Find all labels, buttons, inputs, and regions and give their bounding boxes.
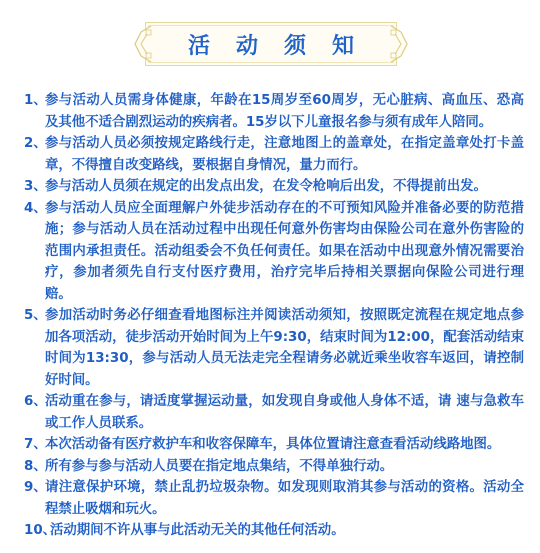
item-text: 参与活动人员应全面理解户外徒步活动存在的不可预知风险并准备必要的防范措施；参与活… xyxy=(45,198,524,306)
notice-page: 活动须知 1、 参与活动人员需身体健康，年龄在15周岁至60周岁，无心脏病、高血… xyxy=(0,0,540,553)
item-number: 3、 xyxy=(24,176,45,198)
item-number: 7、 xyxy=(24,434,45,456)
notice-item: 2、 参与活动人员必须按规定路线行走，注意地图上的盖章处，在指定盖章处打卡盖章，… xyxy=(24,133,524,176)
notice-item: 9、 请注意保护环境，禁止乱扔垃圾杂物。如发现则取消其参与活动的资格。活动全程禁… xyxy=(24,477,524,520)
item-number: 9、 xyxy=(24,477,45,520)
notice-item: 7、 本次活动备有医疗救护车和收容保障车，具体位置请注意查看活动线路地图。 xyxy=(24,434,524,456)
item-text: 参加活动时务必仔细查看地图标注并阅读活动须知，按照既定流程在规定地点参加各项活动… xyxy=(45,305,524,391)
item-text: 请注意保护环境，禁止乱扔垃圾杂物。如发现则取消其参与活动的资格。活动全程禁止吸烟… xyxy=(45,477,524,520)
item-text: 活动重在参与，请适度掌握运动量，如发现自身或他人身体不适，请 速与急救车或工作人… xyxy=(45,391,524,434)
item-text: 所有参与参与活动人员要在指定地点集结，不得单独行动。 xyxy=(45,456,524,478)
item-number: 1、 xyxy=(24,90,45,133)
title-banner: 活动须知 xyxy=(133,22,409,66)
notice-item: 5、 参加活动时务必仔细查看地图标注并阅读活动须知，按照既定流程在规定地点参加各… xyxy=(24,305,524,391)
notice-item: 6、 活动重在参与，请适度掌握运动量，如发现自身或他人身体不适，请 速与急救车或… xyxy=(24,391,524,434)
item-number: 5、 xyxy=(24,305,45,391)
item-number: 10、 xyxy=(24,520,50,542)
notice-item: 8、 所有参与参与活动人员要在指定地点集结，不得单独行动。 xyxy=(24,456,524,478)
item-number: 6、 xyxy=(24,391,45,434)
item-number: 8、 xyxy=(24,456,45,478)
item-text: 参与活动人员须在规定的出发点出发，在发令枪响后出发，不得提前出发。 xyxy=(45,176,524,198)
item-number: 4、 xyxy=(24,198,45,306)
page-title: 活动须知 xyxy=(133,22,409,66)
notice-item: 1、 参与活动人员需身体健康，年龄在15周岁至60周岁，无心脏病、高血压、恐高及… xyxy=(24,90,524,133)
item-text: 参与活动人员需身体健康，年龄在15周岁至60周岁，无心脏病、高血压、恐高及其他不… xyxy=(45,90,524,133)
item-text: 参与活动人员必须按规定路线行走，注意地图上的盖章处，在指定盖章处打卡盖章，不得擅… xyxy=(45,133,524,176)
notice-item: 3、 参与活动人员须在规定的出发点出发，在发令枪响后出发，不得提前出发。 xyxy=(24,176,524,198)
notice-item: 10、 活动期间不许从事与此活动无关的其他任何活动。 xyxy=(24,520,524,542)
notice-list: 1、 参与活动人员需身体健康，年龄在15周岁至60周岁，无心脏病、高血压、恐高及… xyxy=(24,90,524,542)
item-text: 本次活动备有医疗救护车和收容保障车，具体位置请注意查看活动线路地图。 xyxy=(45,434,524,456)
notice-item: 4、 参与活动人员应全面理解户外徒步活动存在的不可预知风险并准备必要的防范措施；… xyxy=(24,198,524,306)
item-number: 2、 xyxy=(24,133,45,176)
item-text: 活动期间不许从事与此活动无关的其他任何活动。 xyxy=(50,520,524,542)
